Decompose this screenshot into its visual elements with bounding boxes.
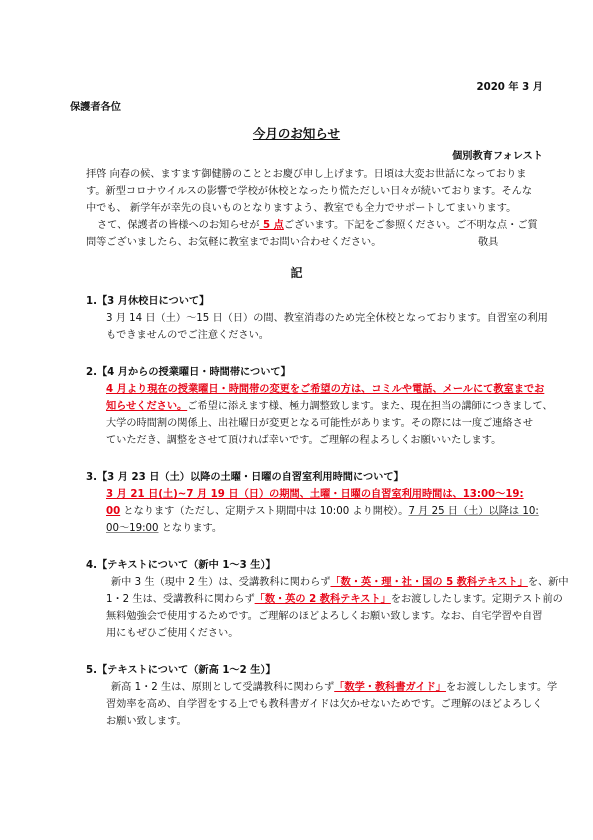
greeting-line: す。新型コロナウイルスの影響で学校が休校となったり慌ただしい日々が続いております… — [86, 183, 532, 200]
text: ございます。下記をご参照ください。ご不明な点・ご質 — [284, 220, 538, 231]
text: 1・2 生は、受講教科に関わらず — [106, 594, 255, 605]
notice-count: 5 点 — [260, 220, 284, 231]
text: 新中 3 生（現中 2 生）は、受講教科に関わらず — [111, 577, 330, 588]
ki-heading: 記 — [0, 264, 593, 281]
closing: 敬具 — [478, 234, 498, 251]
greeting-line: 中でも、 新学年が幸先の良いものとなりますよう、教室でも全力でサポートしてまいり… — [86, 200, 516, 217]
greeting-line-notice: さて、保護者の皆様へのお知らせが 5 点ございます。下記をご参照ください。ご不明… — [97, 217, 538, 234]
red-text: 「数・英の 2 教科テキスト」 — [255, 594, 391, 605]
underlined-text: 00～19:00 — [106, 523, 159, 534]
section-1-line: もできませんのでご注意ください。 — [106, 327, 269, 344]
page-title-text: 今月のお知らせ — [253, 126, 340, 141]
section-3-heading: 3.【3 月 23 日（土）以降の土曜・日曜の自習室利用時間について】 — [86, 469, 404, 486]
red-text: 「数学・教科書ガイド」 — [334, 682, 446, 693]
red-text: 知らせください。 — [106, 401, 187, 412]
section-2-line: 知らせください。ご希望に添えます様、極力調整致します。また、現在担当の講師につき… — [106, 398, 553, 415]
section-4-line: 無料勉強会で使用するためです。ご理解のほどよろしくお願い致します。なお、自宅学習… — [106, 608, 542, 625]
section-5-line: 習効率を高め、自学習をする上でも教科書ガイドは欠かせないためです。ご理解のほどよ… — [106, 696, 543, 713]
section-2-line: ていただき、調整をさせて頂ければ幸いです。ご理解の程よろしくお願いいたします。 — [106, 432, 501, 449]
text: をお渡ししたします。学 — [446, 682, 557, 693]
greeting-line: 問等ございましたら、お気軽に教室までお問い合わせください。 — [86, 234, 381, 251]
section-3-line: 00～19:00 となります。 — [106, 520, 222, 537]
greeting-line: 拝啓 向春の候、ますます御健勝のこととお慶び申し上げます。日頃は大変お世話になっ… — [86, 166, 526, 183]
section-4-line: 新中 3 生（現中 2 生）は、受講教科に関わらず「数・英・理・社・国の 5 教… — [111, 574, 569, 591]
section-1-line: 3 月 14 日（土）～15 日（日）の間、教室消毒のため完全休校となっておりま… — [106, 310, 548, 327]
text: となります（ただし、定期テスト期間中は 10:00 より開校）。 — [120, 506, 408, 517]
section-5-line: お願い致します。 — [106, 713, 187, 730]
section-2-red-line: 4 月より現在の授業曜日・時間帯の変更をご希望の方は、コミルや電話、メールにて教… — [106, 381, 544, 398]
underlined-text: 7 月 25 日（土）以降は 10: — [408, 506, 538, 517]
section-3-red-line: 3 月 21 日(土)~7 月 19 日（日）の期間、土曜・日曜の自習室利用時間… — [106, 486, 524, 503]
text: となります。 — [159, 523, 223, 534]
addressee: 保護者各位 — [70, 100, 121, 116]
text: さて、保護者の皆様へのお知らせが — [97, 220, 260, 231]
section-5-heading: 5.【テキストについて（新高 1～2 生）】 — [86, 662, 276, 679]
text: ご希望に添えます様、極力調整致します。また、現在担当の講師につきまして、 — [187, 401, 553, 412]
section-4-line: 用にもぜひご使用ください。 — [106, 625, 238, 642]
section-2-line: 大学の時間割の関係上、出社曜日が変更となる可能性があります。その際には一度ご連絡… — [106, 415, 533, 432]
text: 新高 1・2 生は、原則として受講教科に関わらず — [111, 682, 334, 693]
section-1-heading: 1.【3 月休校日について】 — [86, 293, 209, 310]
section-2-heading: 2.【4 月からの授業曜日・時間帯について】 — [86, 364, 291, 381]
section-3-line: 00 となります（ただし、定期テスト期間中は 10:00 より開校）。7 月 2… — [106, 503, 539, 520]
section-5-line: 新高 1・2 生は、原則として受講教科に関わらず「数学・教科書ガイド」をお渡しし… — [111, 679, 557, 696]
text: をお渡ししたします。定期テスト前の — [391, 594, 563, 605]
page-title: 今月のお知らせ — [0, 124, 593, 142]
section-4-heading: 4.【テキストについて（新中 1～3 生）】 — [86, 557, 276, 574]
section-4-line: 1・2 生は、受講教科に関わらず「数・英の 2 教科テキスト」をお渡ししたします… — [106, 591, 563, 608]
date: 2020 年 3 月 — [477, 80, 543, 96]
red-text: 00 — [106, 506, 120, 517]
text: を、新中 — [528, 577, 569, 588]
red-text: 「数・英・理・社・国の 5 教科テキスト」 — [330, 577, 527, 588]
sender: 個別教育フォレスト — [452, 149, 543, 165]
